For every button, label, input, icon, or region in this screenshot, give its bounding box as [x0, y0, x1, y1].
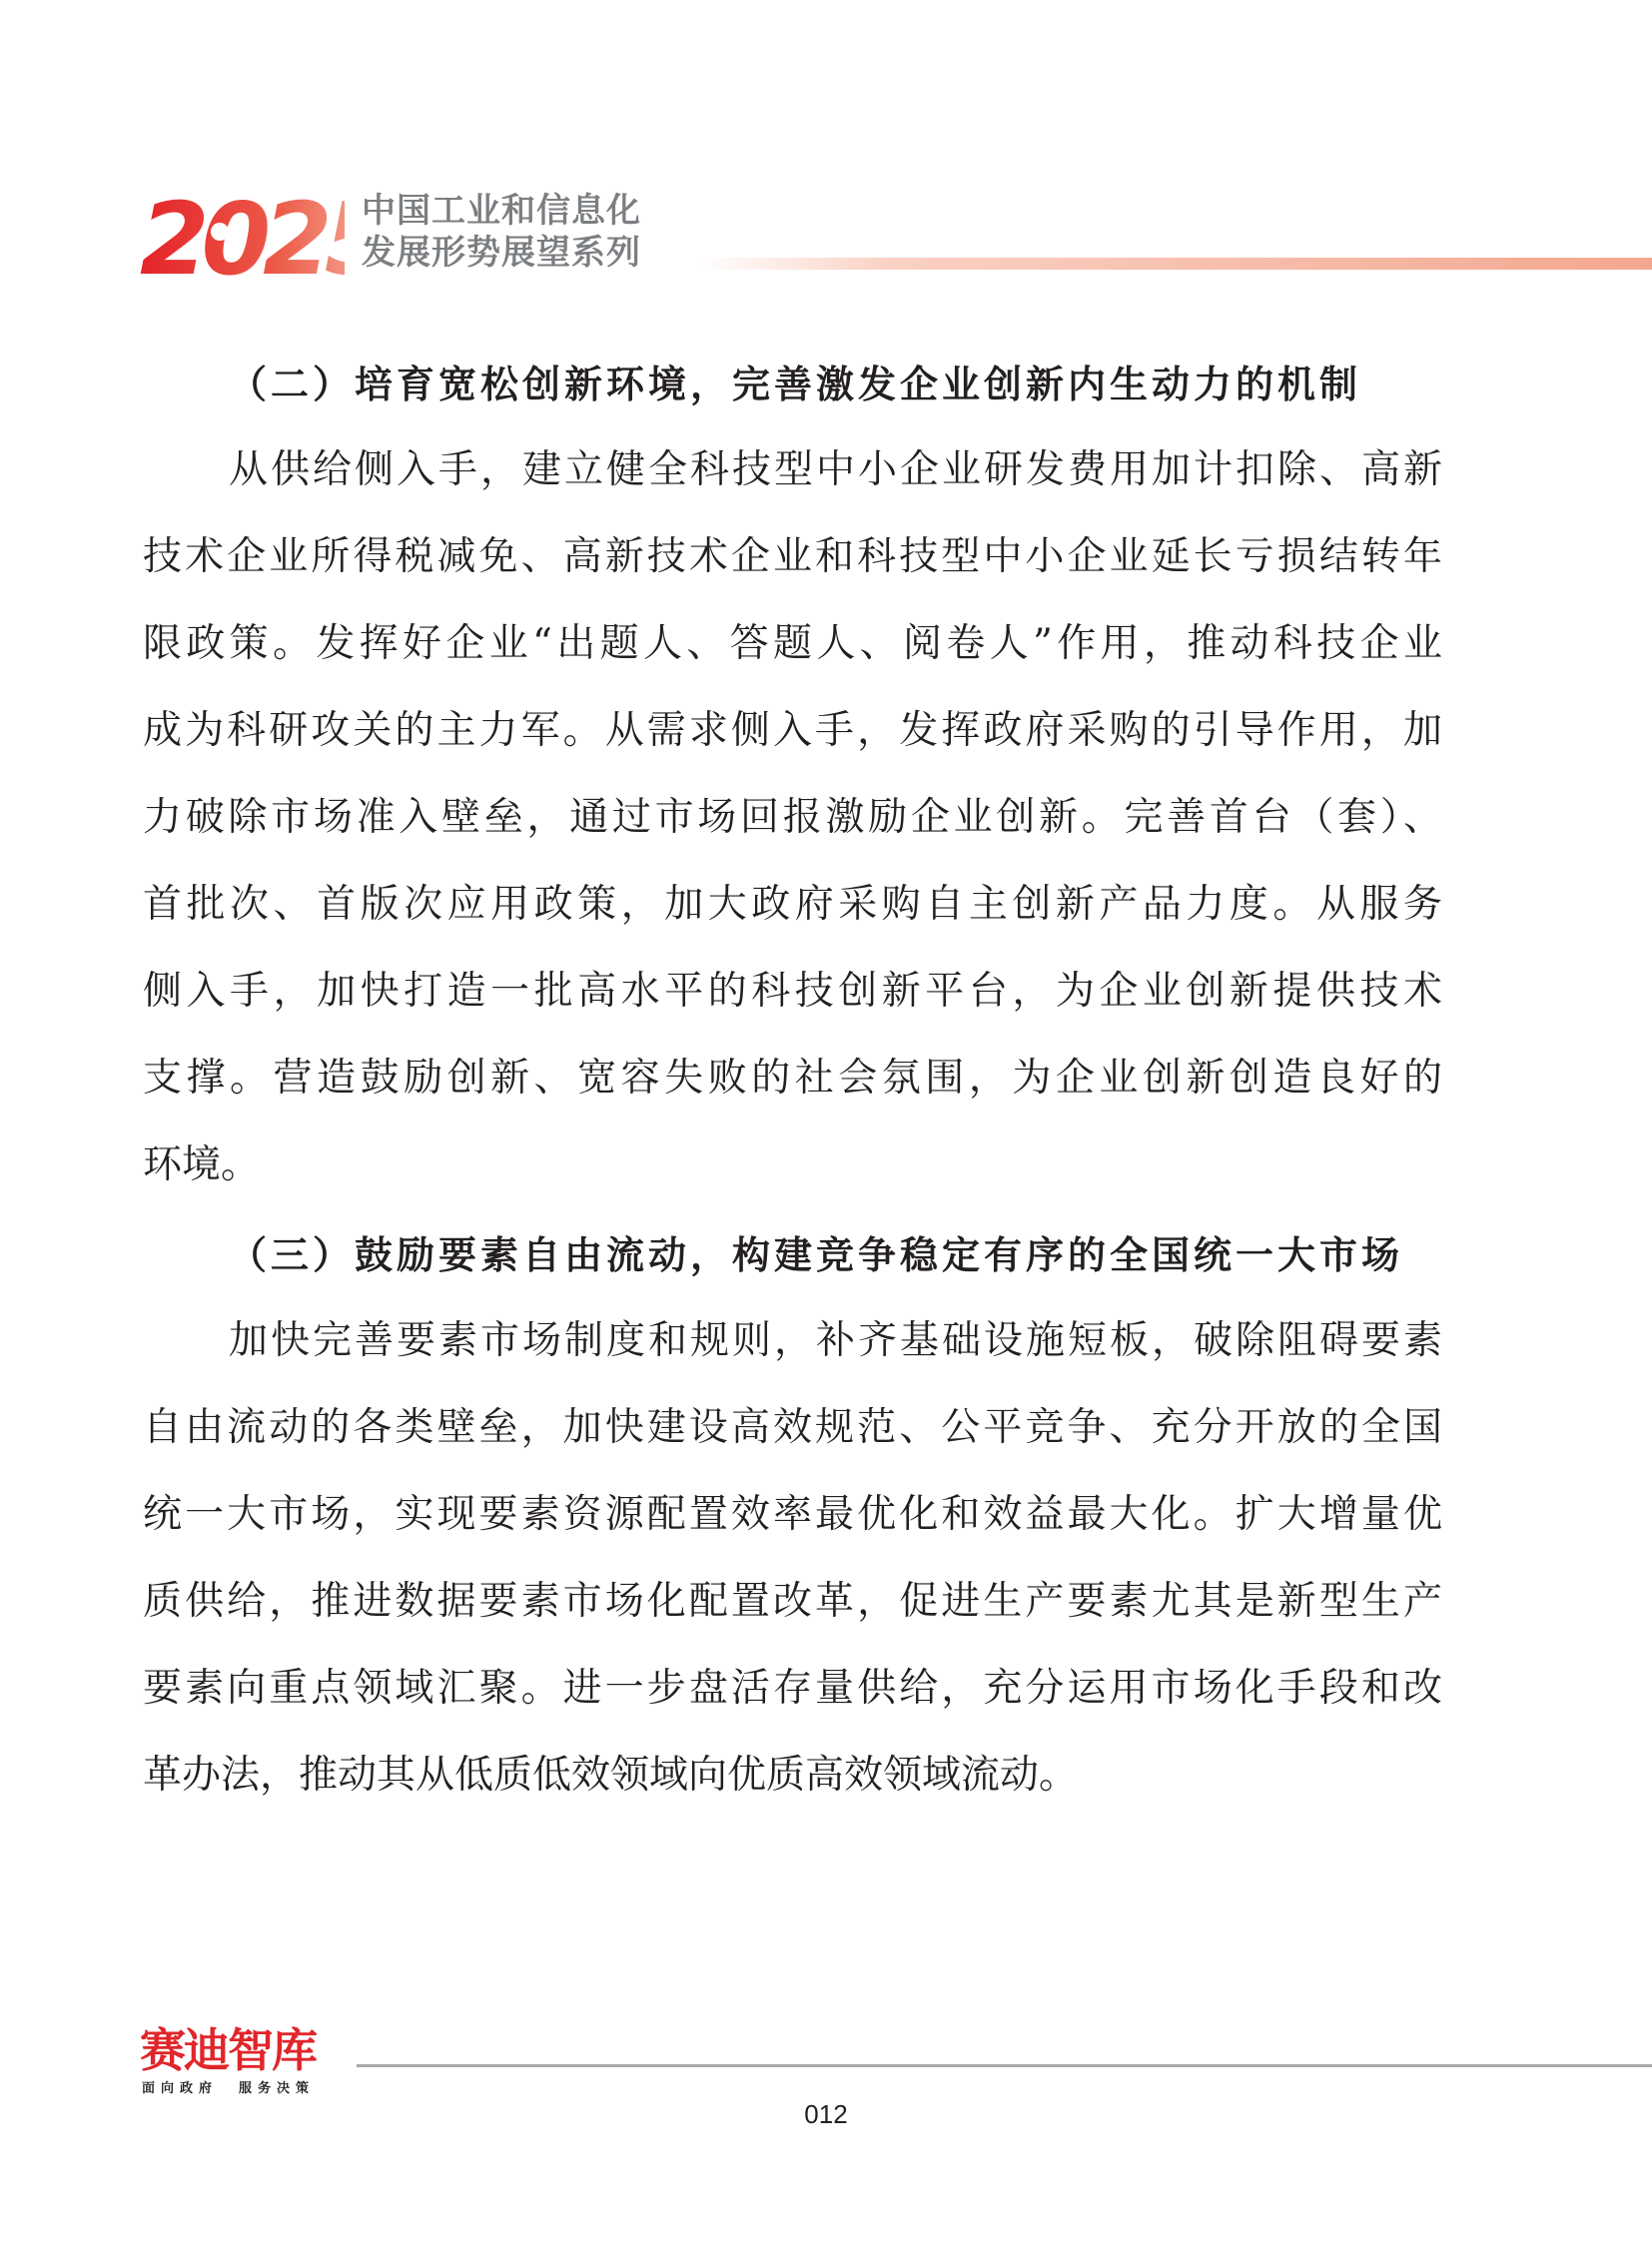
section-heading-2: （二）培育宽松创新环境，完善激发企业创新内生动力的机制 [229, 360, 1361, 409]
series-title-line2: 发展形势展望系列 [362, 232, 641, 274]
paragraph-line: 自由流动的各类壁垒，加快建设高效规范、公平竞争、充分开放的全国 [143, 1403, 1442, 1453]
paragraph-line: 力破除市场准入壁垒，通过市场回报激励企业创新。完善首台（套）、 [143, 793, 1442, 843]
paragraph-line: 首批次、首版次应用政策，加大政府采购自主创新产品力度。从服务 [143, 880, 1442, 930]
svg-text:2025: 2025 [140, 190, 345, 280]
ccid-think-tank-logo: 赛迪智库 [140, 2025, 316, 2075]
paragraph-line: 要素向重点领域汇聚。进一步盘活存量供给，充分运用市场化手段和改 [143, 1664, 1442, 1714]
paragraph-line: 加快完善要素市场制度和规则，补齐基础设施短板，破除阻碍要素 [229, 1316, 1442, 1366]
paragraph-line: 质供给，推进数据要素市场化配置改革，促进生产要素尤其是新型生产 [143, 1577, 1442, 1627]
paragraph-line: 支撑。营造鼓励创新、宽容失败的社会氛围，为企业创新创造良好的 [143, 1054, 1442, 1104]
page-number: 012 [0, 2099, 1652, 2130]
footer-divider [357, 2064, 1652, 2067]
paragraph-line: 侧入手，加快打造一批高水平的科技创新平台，为企业创新提供技术 [143, 967, 1442, 1017]
paragraph-line: 从供给侧入手，建立健全科技型中小企业研发费用加计扣除、高新 [229, 445, 1442, 495]
paragraph-line: 革办法，推动其从低质低效领域向优质高效领域流动。 [143, 1751, 1442, 1801]
year-2025-logo: 2025 [140, 190, 345, 280]
paragraph-line: 统一大市场，实现要素资源配置效率最优化和效益最大化。扩大增量优 [143, 1490, 1442, 1540]
paragraph-line: 环境。 [143, 1140, 1442, 1190]
header-gradient-bar [699, 258, 1652, 270]
brand-tagline: 面向政府 服务决策 [142, 2081, 315, 2097]
paragraph-line: 成为科研攻关的主力军。从需求侧入手，发挥政府采购的引导作用，加 [143, 706, 1442, 756]
series-title: 中国工业和信息化 发展形势展望系列 [362, 190, 641, 274]
paragraph-line: 技术企业所得税减免、高新技术企业和科技型中小企业延长亏损结转年 [143, 532, 1442, 582]
paragraph-line: 限政策。发挥好企业“出题人、答题人、阅卷人”作用，推动科技企业 [143, 619, 1442, 669]
section-heading-3: （三）鼓励要素自由流动，构建竞争稳定有序的全国统一大市场 [229, 1230, 1403, 1280]
series-title-line1: 中国工业和信息化 [362, 190, 641, 232]
